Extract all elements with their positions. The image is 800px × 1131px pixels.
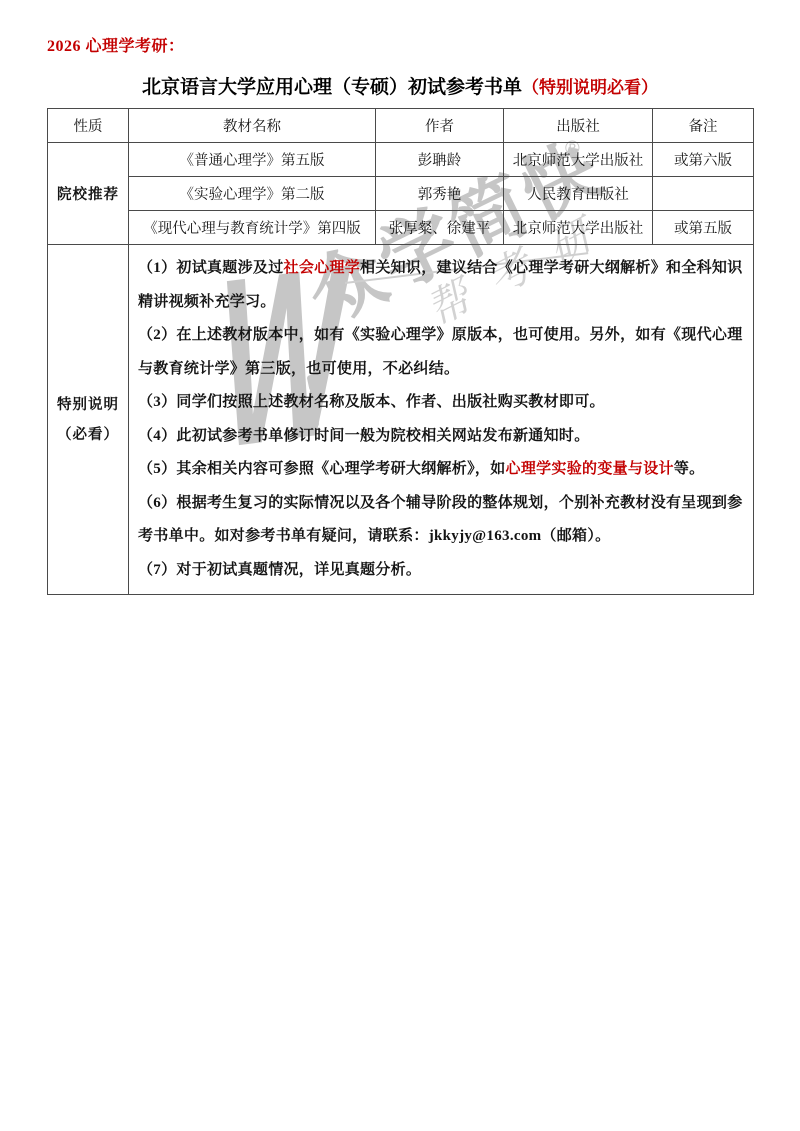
special-note-label-line1: 特别说明 (51, 390, 125, 420)
page-title: 北京语言大学应用心理（专硕）初试参考书单（特别说明必看） (0, 72, 800, 99)
note-text-red: 心理学实验的变量与设计 (506, 461, 674, 477)
note-line: （2）在上述教材版本中，如有《实验心理学》原版本，也可使用。另外，如有《现代心理… (138, 319, 747, 386)
note-text: （1）初试真题涉及过 (138, 260, 284, 276)
book-publisher-cell: 北京师范大学出版社 (504, 211, 653, 245)
note-line: （4）此初试参考书单修订时间一般为院校相关网站发布新通知时。 (138, 420, 747, 454)
book-publisher-cell: 人民教育出版社 (504, 177, 653, 211)
book-row: 《现代心理与教育统计学》第四版 张厚粲、徐建平 北京师范大学出版社 或第五版 (48, 211, 754, 245)
special-note-label-line2: （必看） (51, 420, 125, 450)
note-text-red: 社会心理学 (284, 260, 361, 276)
book-publisher-cell: 北京师范大学出版社 (504, 143, 653, 177)
special-notes-cell: （1）初试真题涉及过社会心理学相关知识，建议结合《心理学考研大纲解析》和全科知识… (129, 245, 754, 595)
note-text: （7）对于初试真题情况，详见真题分析。 (138, 562, 421, 578)
note-text: （3）同学们按照上述教材名称及版本、作者、出版社购买教材即可。 (138, 394, 605, 410)
note-text: （6）根据考生复习的实际情况以及各个辅导阶段的整体规划，个别补充教材没有呈现到参… (138, 495, 743, 545)
page-title-main: 北京语言大学应用心理（专硕）初试参考书单 (142, 77, 522, 98)
book-name-cell: 《实验心理学》第二版 (129, 177, 376, 211)
note-line: （1）初试真题涉及过社会心理学相关知识，建议结合《心理学考研大纲解析》和全科知识… (138, 252, 747, 319)
book-row: 《实验心理学》第二版 郭秀艳 人民教育出版社 (48, 177, 754, 211)
book-note-cell (653, 177, 754, 211)
book-author-cell: 郭秀艳 (376, 177, 504, 211)
col-header-author: 作者 (376, 109, 504, 143)
book-author-cell: 张厚粲、徐建平 (376, 211, 504, 245)
page-title-highlight: （特别说明必看） (522, 78, 658, 97)
special-note-label: 特别说明 （必看） (48, 245, 129, 595)
col-header-remark: 备注 (653, 109, 754, 143)
book-note-cell: 或第六版 (653, 143, 754, 177)
note-text: （5）其余相关内容可参照《心理学考研大纲解析》，如 (138, 461, 506, 477)
note-line: （5）其余相关内容可参照《心理学考研大纲解析》，如心理学实验的变量与设计等。 (138, 453, 747, 487)
col-header-publisher: 出版社 (504, 109, 653, 143)
exam-year-heading: 2026 心理学考研： (47, 33, 185, 56)
note-line: （6）根据考生复习的实际情况以及各个辅导阶段的整体规划，个别补充教材没有呈现到参… (138, 487, 747, 554)
book-note-cell: 或第五版 (653, 211, 754, 245)
note-text: （2）在上述教材版本中，如有《实验心理学》原版本，也可使用。另外，如有《现代心理… (138, 327, 743, 377)
note-line: （7）对于初试真题情况，详见真题分析。 (138, 554, 747, 588)
recommend-label: 院校推荐 (48, 143, 129, 245)
book-author-cell: 彭聃龄 (376, 143, 504, 177)
table-header-row: 性质 教材名称 作者 出版社 备注 (48, 109, 754, 143)
note-text: 等。 (674, 461, 705, 477)
col-header-property: 性质 (48, 109, 129, 143)
reference-book-table: 性质 教材名称 作者 出版社 备注 院校推荐 《普通心理学》第五版 彭聃龄 北京… (47, 108, 754, 595)
col-header-book-name: 教材名称 (129, 109, 376, 143)
note-line: （3）同学们按照上述教材名称及版本、作者、出版社购买教材即可。 (138, 386, 747, 420)
book-row: 院校推荐 《普通心理学》第五版 彭聃龄 北京师范大学出版社 或第六版 (48, 143, 754, 177)
note-text: （4）此初试参考书单修订时间一般为院校相关网站发布新通知时。 (138, 428, 590, 444)
document-page: W 众学简快 ® 帮考研 2026 心理学考研： 北京语言大学应用心理（专硕）初… (0, 0, 800, 1131)
special-notes-row: 特别说明 （必看） （1）初试真题涉及过社会心理学相关知识，建议结合《心理学考研… (48, 245, 754, 595)
book-name-cell: 《普通心理学》第五版 (129, 143, 376, 177)
book-name-cell: 《现代心理与教育统计学》第四版 (129, 211, 376, 245)
